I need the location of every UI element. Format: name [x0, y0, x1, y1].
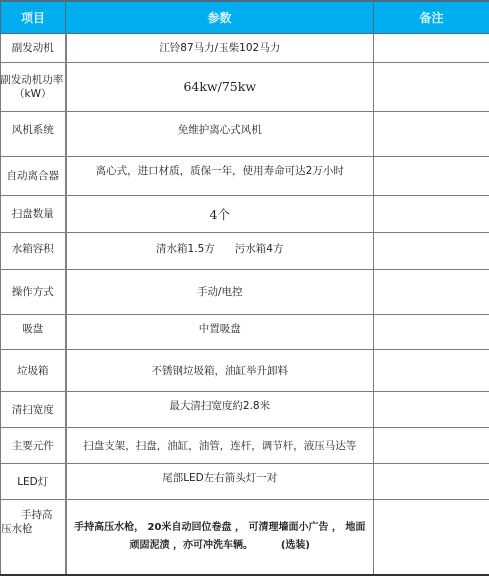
table-header-row: 项目 参数 备注 — [1, 1, 489, 33]
table-row: 手持高 压水枪 手持高压水枪， 20米自动回位卷盘 ， 可清理墙面小广告 ， 地… — [1, 499, 489, 575]
note-cell — [374, 156, 489, 195]
param-cell: 离心式，进口材质，质保一年，使用寿命可达2万小时 — [66, 156, 374, 195]
item-cell: 水箱容积 — [1, 232, 66, 269]
item-cell: 副发动机 — [1, 33, 66, 62]
note-cell — [374, 269, 489, 314]
table-row: 吸盘 中置吸盘 — [1, 314, 489, 349]
note-cell — [374, 391, 489, 427]
param-cell: 64kw/75kw — [66, 62, 374, 111]
param-cell: 江铃87马力/玉柴102马力 — [66, 33, 374, 62]
param-cell: 扫盘支架，扫盘，油缸，油管，连杆，调节杆，液压马达等 — [66, 427, 374, 463]
param-cell: 4个 — [66, 195, 374, 232]
item-cell: 操作方式 — [1, 269, 66, 314]
param-cell: 免维护离心式风机 — [66, 111, 374, 156]
item-cell: 清扫宽度 — [1, 391, 66, 427]
item-cell: 吸盘 — [1, 314, 66, 349]
item-cell: 副发动机功率 （kW） — [1, 62, 66, 111]
table-row: 清扫宽度 最大清扫宽度約2.8米 — [1, 391, 489, 427]
table-row: LED灯 尾部LED左右箭头灯一对 — [1, 463, 489, 499]
item-label-line2: （kW） — [1, 87, 65, 101]
item-label-line1: 副发动机功率 — [0, 73, 65, 87]
item-label-line1: 手持高 — [1, 508, 65, 522]
item-cell: 自动离合器 — [1, 156, 66, 195]
param-cell: 不锈钢垃圾箱，油缸举升卸料 — [66, 349, 374, 391]
table-row: 水箱容积 清水箱1.5方 污水箱4方 — [1, 232, 489, 269]
param-cell: 手持高压水枪， 20米自动回位卷盘 ， 可清理墙面小广告 ， 地面顽固泥渍 ，亦… — [66, 499, 374, 575]
note-cell — [374, 33, 489, 62]
header-note: 备注 — [374, 1, 489, 33]
item-cell: 扫盘数量 — [1, 195, 66, 232]
spec-table: 项目 参数 备注 副发动机 江铃87马力/玉柴102马力 副发动机功率 （kW）… — [0, 0, 489, 576]
note-cell — [374, 427, 489, 463]
item-cell: 主要元件 — [1, 427, 66, 463]
note-cell — [374, 463, 489, 499]
note-cell — [374, 62, 489, 111]
table-row: 风机系统 免维护离心式风机 — [1, 111, 489, 156]
table-row: 副发动机 江铃87马力/玉柴102马力 — [1, 33, 489, 62]
note-cell — [374, 195, 489, 232]
param-cell: 清水箱1.5方 污水箱4方 — [66, 232, 374, 269]
param-cell: 尾部LED左右箭头灯一对 — [66, 463, 374, 499]
header-param: 参数 — [66, 1, 374, 33]
note-cell — [374, 111, 489, 156]
table-row: 扫盘数量 4个 — [1, 195, 489, 232]
note-cell — [374, 232, 489, 269]
table-row: 自动离合器 离心式，进口材质，质保一年，使用寿命可达2万小时 — [1, 156, 489, 195]
param-cell: 手动/电控 — [66, 269, 374, 314]
table-row: 副发动机功率 （kW） 64kw/75kw — [1, 62, 489, 111]
table-row: 垃圾箱 不锈钢垃圾箱，油缸举升卸料 — [1, 349, 489, 391]
item-cell: 垃圾箱 — [1, 349, 66, 391]
note-cell — [374, 314, 489, 349]
item-cell: LED灯 — [1, 463, 66, 499]
table-row: 主要元件 扫盘支架，扫盘，油缸，油管，连杆，调节杆，液压马达等 — [1, 427, 489, 463]
note-cell — [374, 349, 489, 391]
item-cell: 风机系统 — [1, 111, 66, 156]
header-item: 项目 — [1, 1, 66, 33]
table-row: 操作方式 手动/电控 — [1, 269, 489, 314]
param-cell: 中置吸盘 — [66, 314, 374, 349]
item-label-line2: 压水枪 — [1, 522, 65, 536]
note-cell — [374, 499, 489, 575]
param-cell: 最大清扫宽度約2.8米 — [66, 391, 374, 427]
item-cell: 手持高 压水枪 — [1, 499, 66, 575]
